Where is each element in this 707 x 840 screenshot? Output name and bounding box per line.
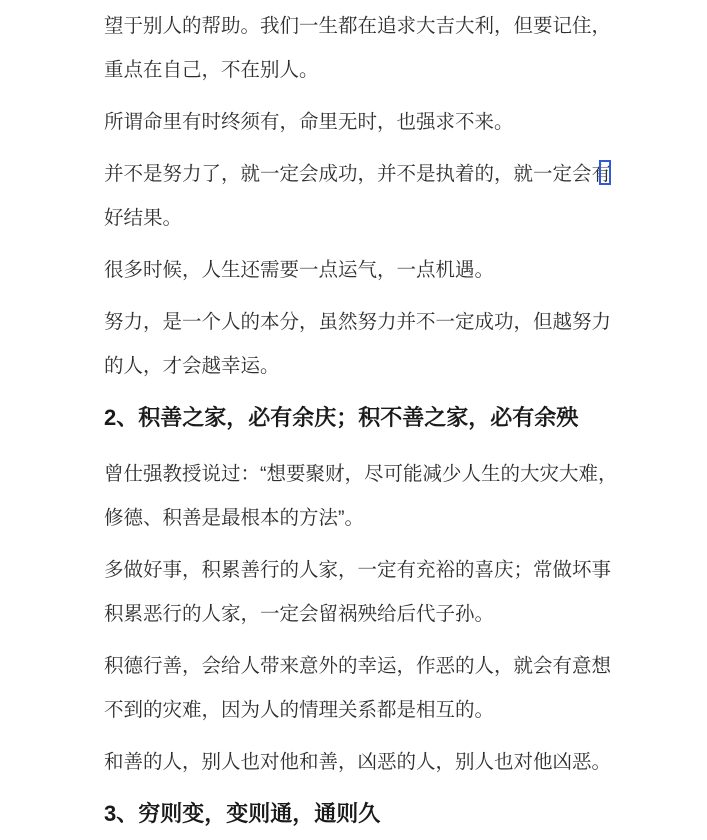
paragraph-line: 的人，才会越幸运。 [104, 344, 644, 388]
paragraph: 积德行善，会给人带来意外的幸运，作恶的人，就会有意想不到的灾难，因为人的情理关系… [104, 644, 644, 732]
article-body: 望于别人的帮助。我们一生都在追求大吉大利，但要记住，重点在自己，不在别人。所谓命… [104, 4, 644, 840]
paragraph: 多做好事，积累善行的人家，一定有充裕的喜庆；常做坏事积累恶行的人家，一定会留祸殃… [104, 548, 644, 636]
paragraph: 并不是努力了，就一定会成功，并不是执着的，就一定会有好结果。 [104, 152, 644, 240]
paragraph-line: 重点在自己，不在别人。 [104, 48, 644, 92]
paragraph-line: 努力，是一个人的本分，虽然努力并不一定成功，但越努力 [104, 300, 644, 344]
paragraph-line: 积累恶行的人家，一定会留祸殃给后代子孙。 [104, 592, 644, 636]
paragraph-line: 并不是努力了，就一定会成功，并不是执着的，就一定会有 [104, 152, 644, 196]
paragraph-line: 所谓命里有时终须有，命里无时，也强求不来。 [104, 100, 644, 144]
paragraph-line: 好结果。 [104, 196, 644, 240]
paragraph: 望于别人的帮助。我们一生都在追求大吉大利，但要记住，重点在自己，不在别人。 [104, 4, 644, 92]
paragraph: 所谓命里有时终须有，命里无时，也强求不来。 [104, 100, 644, 144]
paragraph-line: 望于别人的帮助。我们一生都在追求大吉大利，但要记住， [104, 4, 644, 48]
paragraph: 很多时候，人生还需要一点运气，一点机遇。 [104, 248, 644, 292]
section-heading: 3、穷则变，变则通，通则久 [104, 792, 644, 836]
heading-line: 3、穷则变，变则通，通则久 [104, 792, 644, 836]
paragraph-line: 修德、积善是最根本的方法”。 [104, 496, 644, 540]
paragraph-line: 多做好事，积累善行的人家，一定有充裕的喜庆；常做坏事 [104, 548, 644, 592]
paragraph-line: 和善的人，别人也对他和善，凶恶的人，别人也对他凶恶。 [104, 740, 644, 784]
paragraph-line: 不到的灾难，因为人的情理关系都是相互的。 [104, 688, 644, 732]
paragraph: 努力，是一个人的本分，虽然努力并不一定成功，但越努力的人，才会越幸运。 [104, 300, 644, 388]
paragraph-line: 积德行善，会给人带来意外的幸运，作恶的人，就会有意想 [104, 644, 644, 688]
paragraph: 曾仕强教授说过：“想要聚财，尽可能减少人生的大灾大难，修德、积善是最根本的方法”… [104, 452, 644, 540]
paragraph-line: 很多时候，人生还需要一点运气，一点机遇。 [104, 248, 644, 292]
section-heading: 2、积善之家，必有余庆；积不善之家，必有余殃 [104, 396, 644, 440]
paragraph-line: 曾仕强教授说过：“想要聚财，尽可能减少人生的大灾大难， [104, 452, 644, 496]
heading-line: 2、积善之家，必有余庆；积不善之家，必有余殃 [104, 396, 644, 440]
paragraph: 和善的人，别人也对他和善，凶恶的人，别人也对他凶恶。 [104, 740, 644, 784]
text-cursor-box [599, 160, 611, 185]
